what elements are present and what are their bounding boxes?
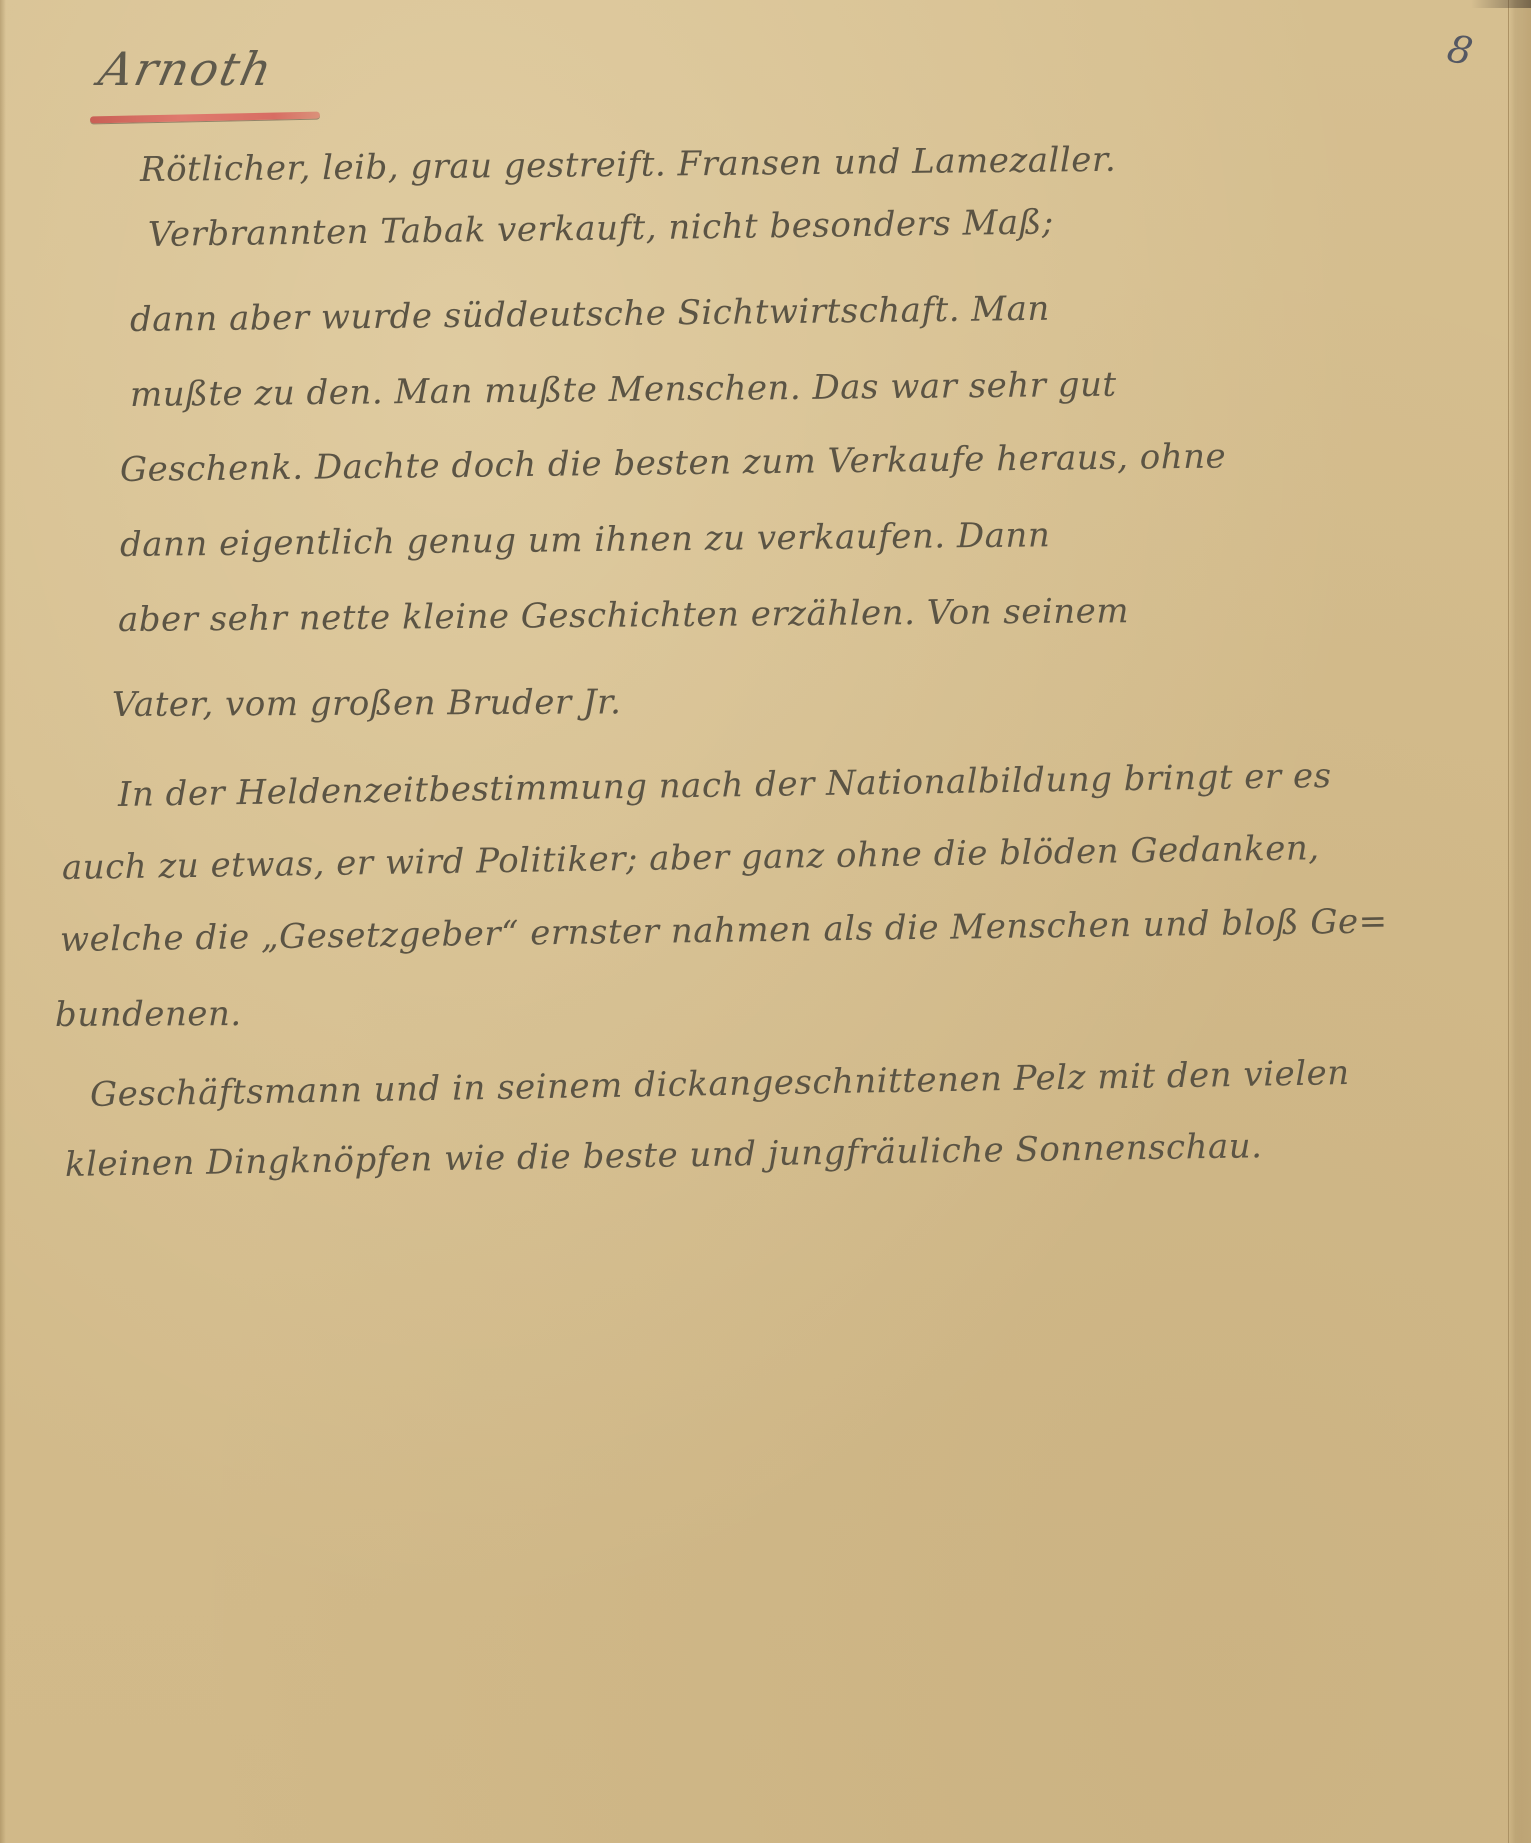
manuscript-line: Geschenk. Dachte doch die besten zum Ver… bbox=[120, 436, 1227, 490]
manuscript-line: auch zu etwas, er wird Politiker; aber g… bbox=[62, 828, 1320, 888]
manuscript-line: kleinen Dingknöpfen wie die beste und ju… bbox=[65, 1126, 1263, 1185]
manuscript-line: Geschäftsmann und in seinem dickangeschn… bbox=[90, 1053, 1350, 1115]
page-right-edge bbox=[1508, 0, 1531, 1843]
manuscript-page: 8 Arnoth Rötlicher, leib, grau gestreift… bbox=[0, 0, 1531, 1843]
page-number: 8 bbox=[1444, 26, 1477, 74]
manuscript-line: bundenen. bbox=[55, 994, 242, 1035]
manuscript-line: aber sehr nette kleine Geschichten erzäh… bbox=[118, 591, 1129, 640]
manuscript-line: dann aber wurde süddeutsche Sichtwirtsch… bbox=[130, 289, 1050, 340]
manuscript-line: mußte zu den. Man mußte Menschen. Das wa… bbox=[130, 365, 1117, 415]
page-heading: Arnoth bbox=[94, 42, 278, 96]
manuscript-line: Verbrannten Tabak verkauft, nicht besond… bbox=[148, 202, 1054, 255]
manuscript-line: In der Heldenzeitbestimmung nach der Nat… bbox=[118, 756, 1332, 815]
manuscript-line: Vater, vom großen Bruder Jr. bbox=[112, 682, 622, 725]
heading-red-underline bbox=[90, 112, 320, 124]
manuscript-line: dann eigentlich genug um ihnen zu verkau… bbox=[120, 515, 1051, 565]
manuscript-line: Rötlicher, leib, grau gestreift. Fransen… bbox=[140, 140, 1117, 190]
page-corner-shadow bbox=[1471, 0, 1531, 8]
manuscript-line: welche die „Gesetzgeber“ ernster nahmen … bbox=[60, 901, 1388, 960]
page-left-edge bbox=[0, 0, 6, 1843]
